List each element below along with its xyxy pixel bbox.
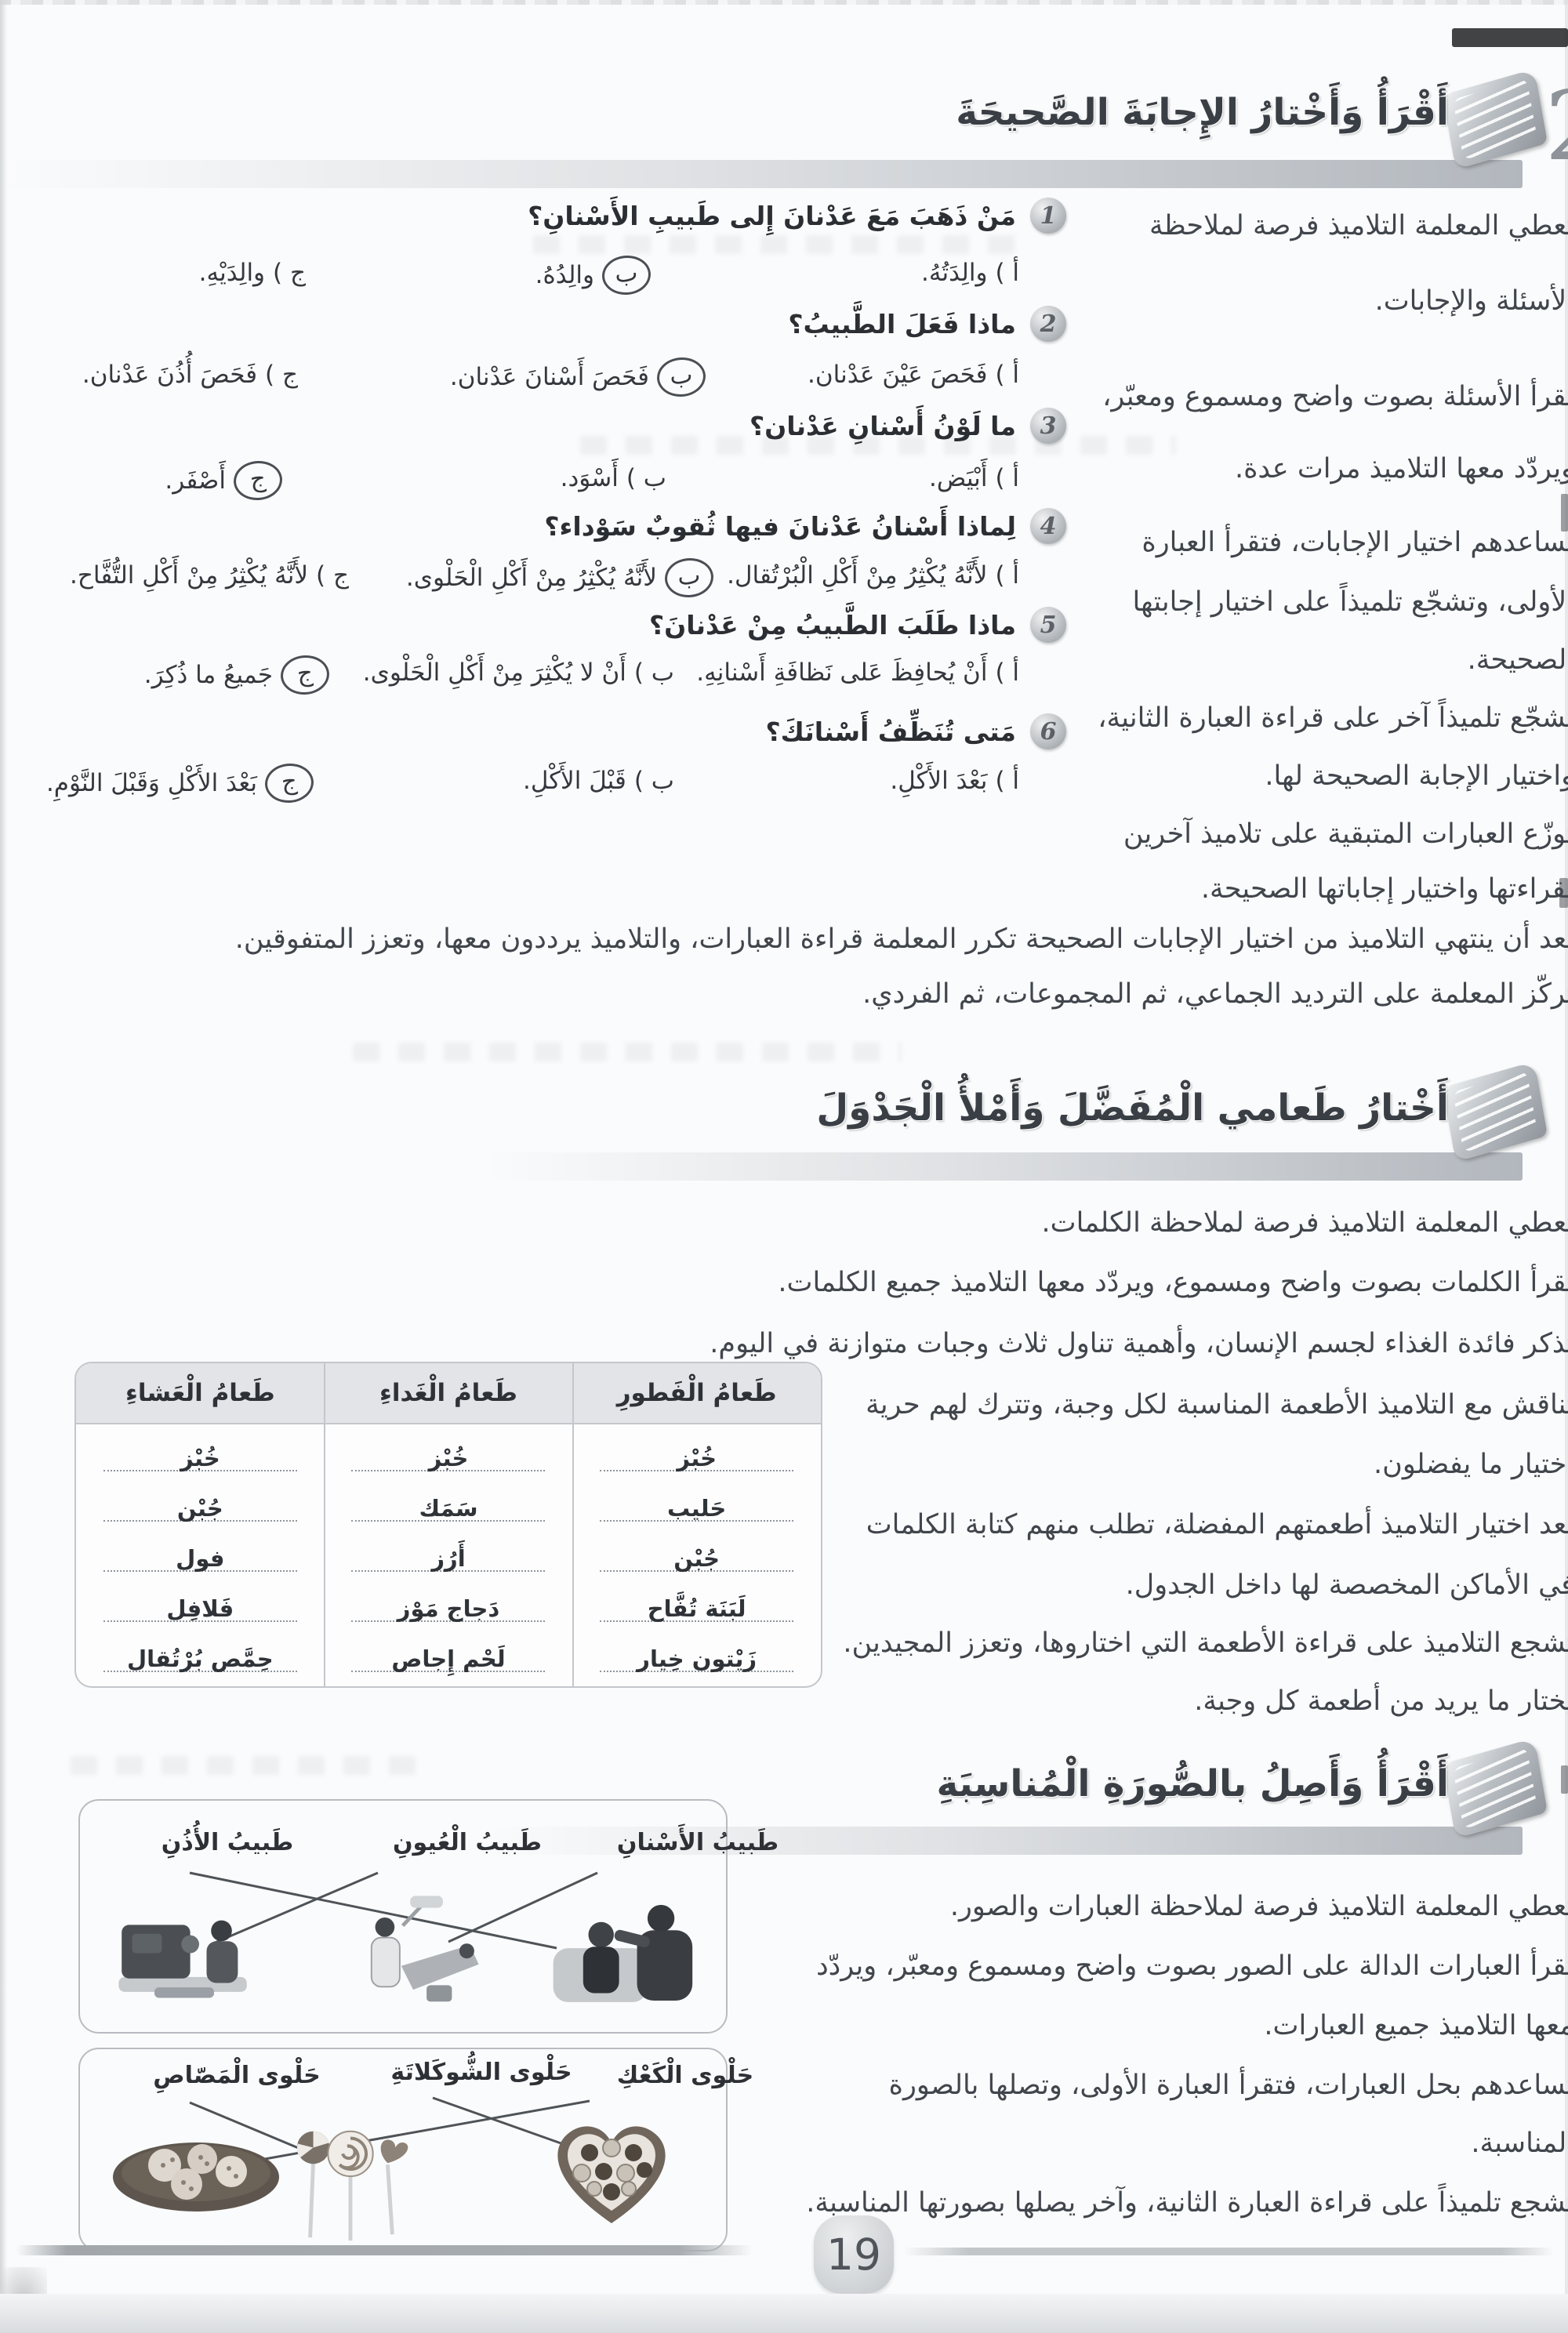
teacher-note-line: بعد أن ينتهي التلاميذ من اختيار الإجابات… xyxy=(235,923,1568,955)
option-c: ج )لأَنَّهُ يُكْثِرُ مِنْ أَكْلِ التُّفَ… xyxy=(70,561,349,590)
option-text: أَبْيَض. xyxy=(929,464,987,492)
scan-noise-strip xyxy=(0,0,1568,5)
cookies-tray-image xyxy=(102,2110,290,2228)
option-a: أ )والِدَتُهُ. xyxy=(921,259,1019,287)
table-divider xyxy=(324,1363,325,1686)
teacher-note-line: تقرأ الأسئلة بصوت واضح ومسموع ومعبّر، xyxy=(1102,381,1568,412)
teacher-note-line: تقرأ الكلمات بصوت واضح ومسموع، ويردّد مع… xyxy=(778,1267,1568,1298)
question-text: ماذا طَلَبَ الطَّبيبُ مِنْ عَدْنانَ؟ xyxy=(649,610,1016,640)
match-label-cake-sweets: حَلْوى الْكَعْكِ xyxy=(617,2062,753,2089)
table-header-dinner: طَعامُ الْعَشاءِ xyxy=(76,1363,325,1423)
food-cell: زَيْتون خِيار xyxy=(572,1628,821,1678)
teacher-note-line: تساعدهم بحل العبارات، فتقرأ العبارة الأو… xyxy=(889,2070,1568,2101)
food-word: خُبْز xyxy=(429,1445,469,1478)
match-label-chocolate-sweets: حَلْوى الشُّوكَلاتَةِ xyxy=(390,2059,572,2086)
table-header-breakfast: طَعامُ الْفَطورِ xyxy=(572,1363,821,1423)
option-letter: ب ) xyxy=(634,659,674,687)
option-text: والِدَيْهِ. xyxy=(199,259,265,287)
section-number: 3 xyxy=(1565,1063,1568,1174)
option-c: جبَعْدَ الأَكْلِ وَقَبْلَ النَّوْمِ. xyxy=(46,764,314,803)
option-text: والِدُهُ. xyxy=(535,261,594,289)
match-label-ear-doctor: طَبيبُ الأُذُنِ xyxy=(162,1829,294,1856)
option-letter: ج ) xyxy=(265,361,298,389)
teacher-note-line: تذكر فائدة الغذاء لجسم الإنسان، وأهمية ت… xyxy=(710,1328,1568,1359)
option-b: بفَحَصَ أَسْنانَ عَدْنان. xyxy=(450,357,706,397)
match-label-lollipop-sweets: حَلْوى الْمَصّاصِ xyxy=(153,2062,320,2089)
food-cell: جُبْن xyxy=(572,1528,821,1578)
match-box-doctors: طَبيبُ الأَسْنانِ طَبيبُ الْعُيونِ طَبيب… xyxy=(78,1799,728,2034)
food-cell: حِمَّص بُرْتُقال xyxy=(76,1628,325,1678)
food-table-header: طَعامُ الْفَطورِ طَعامُ الْغَداءِ طَعامُ… xyxy=(76,1363,821,1424)
teacher-note-line: تساعدهم اختيار الإجابات، فتقرأ العبارة xyxy=(1142,527,1568,558)
section-number: 2 xyxy=(1544,71,1568,182)
answer-circle: ج xyxy=(279,653,331,696)
dentist-chair-image xyxy=(339,1893,488,2015)
food-cell: فول xyxy=(76,1528,325,1578)
option-letter: ب ) xyxy=(634,767,674,795)
open-book-icon: 2 xyxy=(1440,67,1568,189)
teacher-note-line: المناسبة. xyxy=(1471,2128,1568,2159)
bleed-through-ghost xyxy=(71,1756,431,1775)
teacher-note-line: ويردّد معها التلاميذ مرات عدة. xyxy=(1235,453,1568,484)
option-letter: أ ) xyxy=(995,259,1019,287)
match-label-dentist: طَبيبُ الأَسْنانِ xyxy=(617,1829,779,1856)
food-word: سَمَك xyxy=(419,1495,478,1528)
option-text: لأَنَّهُ يُكْثِرُ مِنْ أَكْلِ التُّفَّاح… xyxy=(70,561,308,590)
answer-circle: ب xyxy=(655,355,707,398)
option-text: أَنْ يُحافِظَ عَلى نَظافَةِ أَسْنانِهِ. xyxy=(696,659,987,687)
option-text: قَبْلَ الأَكْلِ. xyxy=(523,767,626,795)
section-4-title: أَقْرَأُ وَأَصِلُ بالصُّورَةِ الْمُناسِب… xyxy=(936,1762,1449,1805)
lollipops-image xyxy=(288,2113,413,2245)
question: 6 مَتى تُنَظِّفُ أَسْنانَكَ؟ xyxy=(766,713,1066,749)
teacher-note-line: توزّع العبارات المتبقية على تلاميذ آخرين xyxy=(1123,818,1568,850)
option-letter: أ ) xyxy=(995,561,1019,590)
breakfast-column: خُبْز حَليب جُبْن لَبَنَة تُفَّاح زَيْتو… xyxy=(572,1424,821,1686)
question-number-badge: 2 xyxy=(1030,306,1066,342)
eye-exam-machine-image xyxy=(110,1901,259,2019)
teacher-note-line: يختار ما يريد من أطعمة كل وجبة. xyxy=(1194,1685,1568,1717)
option-text: جَميعُ ما ذُكِرَ. xyxy=(144,661,273,689)
option-a: أ )لأَنَّهُ يُكْثِرُ مِنْ أَكْلِ الْبُرْ… xyxy=(727,561,1019,590)
food-word: لَبَنَة تُفَّاح xyxy=(648,1595,746,1628)
open-book-icon: 3 xyxy=(1440,1060,1568,1181)
question: 3 ما لَوْنُ أَسْنانِ عَدْنان؟ xyxy=(750,408,1066,444)
option-letter: أ ) xyxy=(995,361,1019,389)
question-text: ماذا فَعَلَ الطَّبيبُ؟ xyxy=(788,309,1016,339)
option-b: ب )قَبْلَ الأَكْلِ. xyxy=(523,767,674,795)
answer-circle: ب xyxy=(601,253,652,296)
answer-circle: ب xyxy=(663,556,715,599)
option-b: بوالِدُهُ. xyxy=(535,256,651,295)
teacher-note-line: بعد اختيار التلاميذ أطعمتهم المفضلة، تطل… xyxy=(866,1509,1568,1540)
section-number: 4 xyxy=(1565,1740,1568,1851)
option-letter: أ ) xyxy=(995,767,1019,795)
food-cell: لَبَنَة تُفَّاح xyxy=(572,1578,821,1628)
option-text: بَعْدَ الأَكْلِ. xyxy=(890,767,987,795)
option-c: ج )فَحَصَ أُذُنَ عَدْنان. xyxy=(82,361,298,389)
option-a: أ )بَعْدَ الأَكْلِ. xyxy=(890,767,1019,795)
bleed-through-ghost xyxy=(353,1043,902,1061)
food-word: حِمَّص بُرْتُقال xyxy=(127,1645,274,1678)
lunch-column: خُبْز سَمَك أَرُز دَجاج مَوْز لَحْم إِجا… xyxy=(325,1424,573,1686)
option-text: والِدَتُهُ. xyxy=(921,259,987,287)
teacher-note-line: معها التلاميذ جميع العبارات. xyxy=(1264,2010,1568,2041)
match-label-eye-doctor: طَبيبُ الْعُيونِ xyxy=(393,1829,542,1856)
question: 5 ماذا طَلَبَ الطَّبيبُ مِنْ عَدْنانَ؟ xyxy=(649,607,1066,643)
option-text: فَحَصَ عَيْنَ عَدْنان. xyxy=(808,361,987,389)
option-letter: أ ) xyxy=(995,464,1019,492)
option-letter: ج ) xyxy=(316,561,349,590)
teacher-note-line: تشجع التلاميذ على قراءة الأطعمة التي اخت… xyxy=(843,1627,1568,1659)
book-pages xyxy=(1453,1747,1537,1829)
food-word: أَرُز xyxy=(431,1545,465,1578)
food-cell: سَمَك xyxy=(325,1478,573,1528)
option-text: فَحَصَ أُذُنَ عَدْنان. xyxy=(82,361,257,389)
book-shape xyxy=(1443,1738,1548,1839)
footer-rule-right xyxy=(903,2248,1554,2255)
food-cell: فَلافِل xyxy=(76,1578,325,1628)
heart-chocolate-box-image xyxy=(533,2101,690,2236)
question-number-badge: 1 xyxy=(1030,198,1066,234)
teacher-note-line: تقرأ العبارات الدالة على الصور بصوت واضح… xyxy=(816,1950,1568,1982)
edge-mark xyxy=(1561,494,1568,532)
match-box-sweets: حَلْوى الْكَعْكِ حَلْوى الشُّوكَلاتَةِ ح… xyxy=(78,2048,728,2251)
footer-rule-left xyxy=(16,2245,753,2255)
food-word: دَجاج مَوْز xyxy=(397,1595,500,1628)
food-word: جُبْن xyxy=(177,1495,223,1528)
option-c: جأَصْفَر. xyxy=(165,461,282,500)
food-cell: خُبْز xyxy=(325,1428,573,1478)
teacher-note-line: اختيار ما يفضلون. xyxy=(1374,1449,1568,1480)
book-pages xyxy=(1453,78,1537,160)
option-text: أَسْوَد. xyxy=(561,464,619,492)
question: 2 ماذا فَعَلَ الطَّبيبُ؟ xyxy=(788,306,1066,342)
page-number-badge: 19 xyxy=(814,2215,894,2294)
food-cell: دَجاج مَوْز xyxy=(325,1578,573,1628)
food-table-body: خُبْز حَليب جُبْن لَبَنَة تُفَّاح زَيْتو… xyxy=(76,1424,821,1686)
question-number-badge: 3 xyxy=(1030,408,1066,444)
food-cell: جُبْن xyxy=(76,1478,325,1528)
section-3-header-band xyxy=(486,1152,1523,1181)
table-divider xyxy=(572,1363,574,1686)
question-text: لِماذا أَسْنانُ عَدْنانَ فيها ثُقوبٌ سَو… xyxy=(544,511,1016,542)
option-text: لأَنَّهُ يُكْثِرُ مِنْ أَكْلِ الْحَلْوى. xyxy=(406,564,657,592)
teacher-note-line: الصحيحة. xyxy=(1468,644,1568,676)
option-letter: ج ) xyxy=(273,259,306,287)
book-shape xyxy=(1443,69,1548,170)
food-word: فول xyxy=(176,1545,224,1578)
scan-corner-mark xyxy=(1452,28,1568,47)
table-header-lunch: طَعامُ الْغَداءِ xyxy=(325,1363,573,1423)
food-word: جُبْن xyxy=(673,1545,720,1578)
food-cell: خُبْز xyxy=(76,1428,325,1478)
teacher-note-line: تناقش مع التلاميذ الأطعمة المناسبة لكل و… xyxy=(866,1389,1568,1420)
question-text: مَنْ ذَهَبَ مَعَ عَدْنانَ إِلى طَبيبِ ال… xyxy=(528,201,1016,231)
option-c: ج )والِدَيْهِ. xyxy=(199,259,306,287)
food-cell: أَرُز xyxy=(325,1528,573,1578)
ear-examination-image xyxy=(547,1889,712,2014)
option-b: بلأَنَّهُ يُكْثِرُ مِنْ أَكْلِ الْحَلْوى… xyxy=(406,558,713,597)
option-letter: أ ) xyxy=(995,659,1019,687)
food-word: فَلافِل xyxy=(166,1595,234,1628)
section-2-title: أَقْرَأُ وَأَخْتارُ الإِجابَةَ الصَّحيحَ… xyxy=(956,91,1449,134)
book-pages xyxy=(1453,1071,1537,1152)
teacher-note-line: في الأماكن المخصصة لها داخل الجدول. xyxy=(1126,1569,1568,1601)
left-page-edge xyxy=(0,0,7,2333)
option-text: أَنْ لا يُكْثِرَ مِنْ أَكْلِ الْحَلْوى. xyxy=(363,659,626,687)
option-text: لأَنَّهُ يُكْثِرُ مِنْ أَكْلِ الْبُرْتُق… xyxy=(727,561,987,590)
teacher-note-line: تشجع تلميذاً على قراءة العبارة الثانية، … xyxy=(806,2187,1568,2219)
teacher-note-line: واختيار الإجابة الصحيحة لها. xyxy=(1265,760,1568,792)
book-shape xyxy=(1443,1061,1548,1163)
food-cell: خُبْز xyxy=(572,1428,821,1478)
bottom-scan-strip xyxy=(0,2294,1568,2333)
food-word: خُبْز xyxy=(677,1445,717,1478)
food-cell: حَليب xyxy=(572,1478,821,1528)
teacher-note-line: تشجّع تلميذاً آخر على قراءة العبارة الثا… xyxy=(1098,702,1568,734)
teacher-note-line: تعطي المعلمة التلاميذ فرصة لملاحظة الكلم… xyxy=(1042,1207,1568,1239)
section-2-header-band xyxy=(0,160,1523,188)
food-word: لَحْم إِجاص xyxy=(391,1645,505,1678)
question-number-badge: 5 xyxy=(1030,607,1066,643)
teacher-note-line: تعطي المعلمة التلاميذ فرصة لملاحظة xyxy=(1149,210,1568,241)
answer-circle: ج xyxy=(232,459,284,502)
answer-circle: ج xyxy=(263,761,315,804)
option-a: أ )فَحَصَ عَيْنَ عَدْنان. xyxy=(808,361,1019,389)
food-cell: لَحْم إِجاص xyxy=(325,1628,573,1678)
teacher-note-line: تركّز المعلمة على الترديد الجماعي، ثم ال… xyxy=(862,978,1568,1010)
question-number-badge: 4 xyxy=(1030,508,1066,544)
scanned-textbook-page: 2 أَقْرَأُ وَأَخْتارُ الإِجابَةَ الصَّحي… xyxy=(0,0,1568,2333)
option-text: فَحَصَ أَسْنانَ عَدْنان. xyxy=(450,363,649,391)
teacher-note-line: تعطي المعلمة التلاميذ فرصة لملاحظة العبا… xyxy=(950,1891,1568,1922)
option-a: أ )أَنْ يُحافِظَ عَلى نَظافَةِ أَسْنانِه… xyxy=(696,659,1019,687)
question-number-badge: 6 xyxy=(1030,713,1066,749)
food-word: حَليب xyxy=(667,1495,726,1528)
dinner-column: خُبْز جُبْن فول فَلافِل حِمَّص بُرْتُقال xyxy=(76,1424,325,1686)
teacher-note-line: الأسئلة والإجابات. xyxy=(1375,285,1568,317)
question-text: ما لَوْنُ أَسْنانِ عَدْنان؟ xyxy=(750,411,1016,441)
food-table: طَعامُ الْفَطورِ طَعامُ الْغَداءِ طَعامُ… xyxy=(74,1362,822,1688)
bleed-through-ghost xyxy=(533,235,1019,254)
option-text: أَصْفَر. xyxy=(165,466,226,495)
question: 1 مَنْ ذَهَبَ مَعَ عَدْنانَ إِلى طَبيبِ … xyxy=(528,198,1066,234)
food-word: خُبْز xyxy=(180,1445,220,1478)
option-c: ججَميعُ ما ذُكِرَ. xyxy=(144,655,329,695)
question-text: مَتى تُنَظِّفُ أَسْنانَكَ؟ xyxy=(766,717,1016,747)
section-3-title: أَخْتارُ طَعامي الْمُفَضَّلَ وَأَمْلأُ ا… xyxy=(816,1087,1449,1130)
question: 4 لِماذا أَسْنانُ عَدْنانَ فيها ثُقوبٌ س… xyxy=(544,508,1066,544)
teacher-note-line: لقراءتها واختيار إجاباتها الصحيحة. xyxy=(1201,873,1568,905)
option-b: ب )أَنْ لا يُكْثِرَ مِنْ أَكْلِ الْحَلْو… xyxy=(363,659,674,687)
open-book-icon: 4 xyxy=(1440,1736,1568,1858)
option-letter: ب ) xyxy=(626,464,666,492)
option-text: بَعْدَ الأَكْلِ وَقَبْلَ النَّوْمِ. xyxy=(46,769,257,797)
option-b: ب )أَسْوَد. xyxy=(561,464,666,492)
teacher-note-line: الأولى، وتشجّع تلميذاً على اختيار إجابته… xyxy=(1133,586,1568,618)
option-a: أ )أَبْيَض. xyxy=(929,464,1019,492)
food-word: زَيْتون خِيار xyxy=(637,1645,757,1678)
